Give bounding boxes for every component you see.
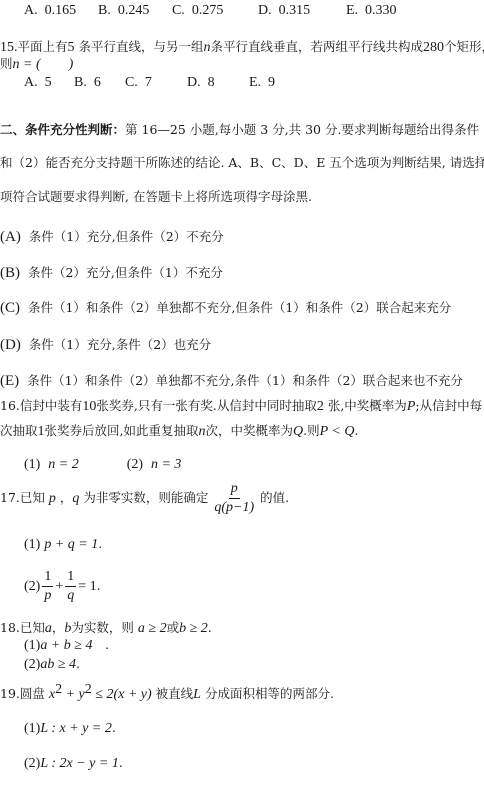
fraction-1-over-q: 1q (65, 568, 76, 605)
choice-b: (B) 条件（2）充分,但条件（1）不充分 (0, 265, 223, 281)
q15-option-b: B. 6 (74, 75, 121, 91)
q14-options: A. 0.165 B. 0.245 C. 0.275 D. 0.315 E. 0… (24, 2, 397, 19)
q14-option-d: D. 0.315 (258, 3, 342, 19)
q19-stem: 19.圆盘 x2 + y2 ≤ 2(x + y) 被直线L 分成面积相等的两部分… (0, 682, 334, 703)
q19-condition-1: (1)L : x + y = 2. (24, 720, 116, 737)
q14-option-c: C. 0.275 (172, 3, 254, 19)
choice-c: (C) 条件（1）和条件（2）单独都不充分,但条件（1）和条件（2）联合起来充分 (0, 300, 451, 316)
q14-option-b: B. 0.245 (98, 3, 168, 19)
q17-condition-2: (2)1p+1q= 1. (24, 566, 101, 607)
q18-stem: 18.已知a，b为实数，则 a ≥ 2或b ≥ 2. (0, 620, 212, 637)
q15-option-d: D. 8 (187, 75, 245, 91)
q17-fraction: pq(p−1) (214, 480, 254, 517)
section2-instructions-line3: 项符合试题要求得判断, 在答题卡上将所选项得字母涂黑. (0, 189, 312, 205)
choice-e: (E) 条件（1）和条件（2）单独都不充分,条件（1）和条件（2）联合起来也不充… (0, 373, 463, 389)
q18-condition-2: (2)ab ≥ 4. (24, 656, 80, 673)
q14-option-e: E. 0.330 (346, 3, 397, 19)
section2-title: 二、条件充分性判断： (0, 122, 125, 137)
q17-stem: 17.已知 p ，q 为非零实数，则能确定 pq(p−1) 的值. (0, 478, 289, 519)
q15-options: A. 5 B. 6 C. 7 D. 8 E. 9 (24, 74, 275, 91)
q16-conditions: (1) n = 2 (2) n = 3 (24, 456, 181, 473)
q19-condition-2: (2)L : 2x − y = 1. (24, 755, 123, 772)
q14-option-a: A. 0.165 (24, 3, 94, 19)
q17-condition-1: (1) p + q = 1. (24, 536, 102, 553)
q18-condition-1: (1)a + b ≥ 4 . (24, 637, 109, 654)
q15-option-c: C. 7 (125, 75, 183, 91)
q16-stem-line2: 次抽取1张奖券后放回,如此重复抽取n次，中奖概率为Q.则P < Q. (0, 423, 358, 440)
q16-stem-line1: 16.信封中装有10张奖券,只有一张有奖.从信封中同时抽取2 张,中奖概率为P;… (0, 398, 482, 415)
section2-instructions-line2: 和（2）能否充分支持题干所陈述的结论. A、B、C、D、E 五个选项为判断结果,… (0, 155, 484, 171)
section2-instructions-line1: 二、条件充分性判断：第 16—25 小题,每小题 3 分,共 30 分.要求判断… (0, 122, 484, 138)
choice-d: (D) 条件（1）充分,条件（2）也充分 (0, 337, 211, 353)
choice-a: (A) 条件（1）充分,但条件（2）不充分 (0, 229, 224, 245)
q15-stem: 15.平面上有5 条平行直线，与另一组n条平行直线垂直，若两组平行线共构成280… (0, 39, 484, 56)
q15-stem-line2: 则n = ( ) (0, 56, 73, 73)
fraction-1-over-p: 1p (42, 568, 53, 605)
q15-option-a: A. 5 (24, 75, 70, 91)
q15-option-e: E. 9 (249, 75, 275, 91)
